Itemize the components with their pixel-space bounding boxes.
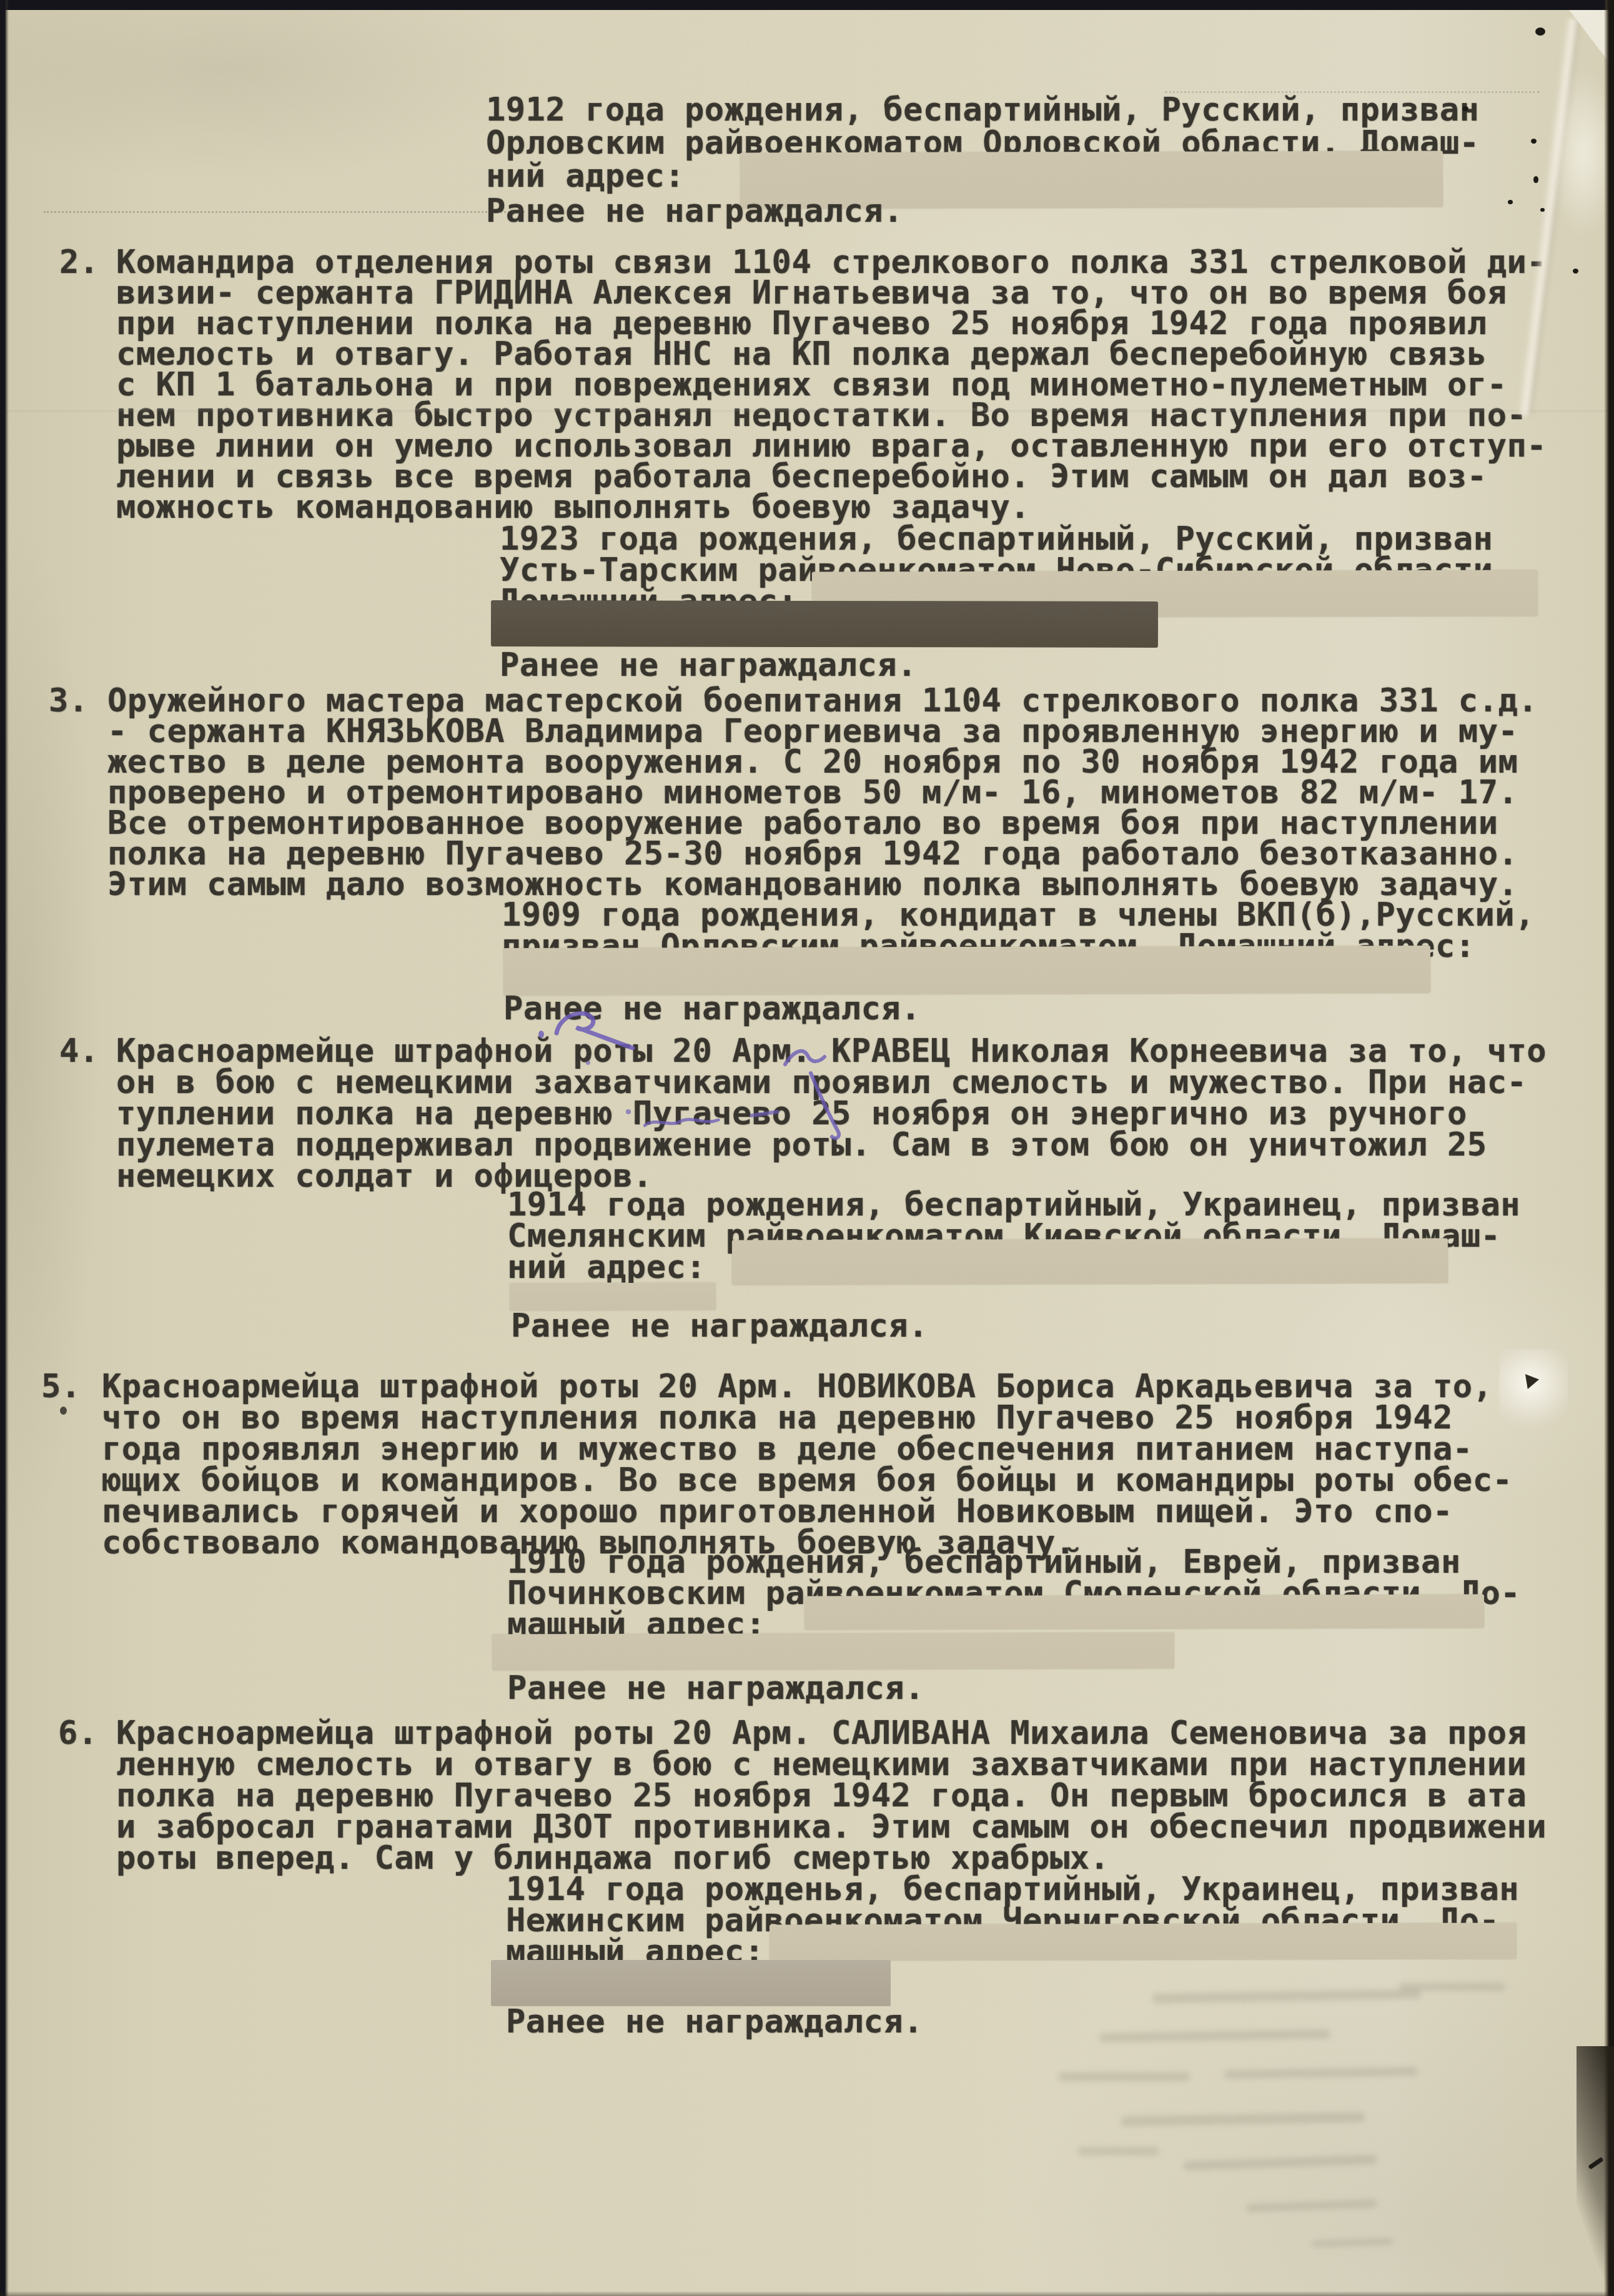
- redaction-bar: [805, 1595, 1484, 1630]
- item-citation-text: Командира отделения роты связи 1104 стре…: [116, 247, 1547, 523]
- paper-hole: [1531, 139, 1537, 144]
- pen-ink-dot: [626, 1109, 631, 1114]
- item-citation-text: Красноармейце штрафной роты 20 Арм. КРАВ…: [116, 1036, 1547, 1192]
- paper-hole: [1535, 27, 1545, 36]
- item-citation-text: Красноармейца штрафной роты 20 Арм. НОВИ…: [102, 1371, 1512, 1558]
- scan-edge-bottom: [0, 2291, 1614, 2296]
- intro-prior-award: Ранее не награждался.: [486, 195, 903, 228]
- faded-type-trace: [1165, 91, 1540, 93]
- redaction-bar: [492, 1633, 1174, 1671]
- ghost-text-smudge: [1224, 2067, 1418, 2079]
- pen-ink-dot: [586, 1061, 590, 1065]
- scan-edge-left: [0, 0, 9, 2296]
- item-prior-award: Ранее не награждался.: [511, 1310, 928, 1342]
- redaction-bar: [503, 946, 1430, 996]
- redaction-bar: [491, 1960, 891, 2006]
- ghost-text-smudge: [1152, 1989, 1421, 2004]
- paper-hole: [1573, 269, 1578, 274]
- paper-hole: [1533, 176, 1538, 183]
- scan-edge-top: [0, 0, 1614, 10]
- scan-edge-corner: [1577, 2046, 1614, 2296]
- ghost-text-smudge: [1059, 2072, 1190, 2081]
- ghost-text-smudge: [1246, 2199, 1377, 2212]
- item-number: 5.: [41, 1371, 81, 1402]
- redaction-bar: [510, 1283, 716, 1311]
- ghost-text-smudge: [1077, 2147, 1159, 2155]
- paper-corner-fold: [1562, 0, 1614, 69]
- ghost-text-smudge: [1121, 2112, 1365, 2127]
- ghost-text-smudge: [1399, 1983, 1505, 1991]
- paper-hole: [1540, 208, 1545, 212]
- item-citation-text: Оружейного мастера мастерской боепитания…: [107, 686, 1538, 900]
- item-prior-award: Ранее не награждался.: [507, 1673, 924, 1704]
- ghost-text-smudge: [1184, 2155, 1377, 2171]
- faded-type-trace: [44, 211, 525, 213]
- pen-ink-dot: [538, 1031, 544, 1038]
- ghost-text-smudge: [1099, 2029, 1330, 2042]
- item-number: 3.: [49, 686, 89, 716]
- item-prior-award: Ранее не награждался.: [500, 650, 917, 681]
- item-prior-award: Ранее не награждался.: [503, 993, 921, 1024]
- item-citation-text: Красноармейца штрафной роты 20 Арм. САЛИ…: [116, 1718, 1547, 1874]
- redaction-bar: [491, 600, 1158, 648]
- stray-ink-dash: [1588, 2157, 1603, 2170]
- redaction-bar: [732, 1239, 1448, 1285]
- item-prior-award: Ранее не награждался.: [506, 2006, 923, 2037]
- scanned-document-page: 1912 года рождения, беспартийный, Русски…: [0, 0, 1614, 2296]
- item-number: 2.: [59, 247, 99, 278]
- paper-damage-blob: [1549, 69, 1614, 237]
- paper-hole: [1508, 200, 1513, 204]
- paper-hole: [1523, 1374, 1539, 1389]
- stray-ink-dot: [60, 1407, 67, 1415]
- ghost-text-smudge: [1312, 2238, 1393, 2248]
- redaction-bar: [770, 1922, 1517, 1961]
- item-number: 6.: [58, 1718, 98, 1749]
- item-number: 4.: [59, 1036, 99, 1067]
- scan-edge-right: [1604, 0, 1614, 2296]
- paper-hole: [1462, 106, 1468, 111]
